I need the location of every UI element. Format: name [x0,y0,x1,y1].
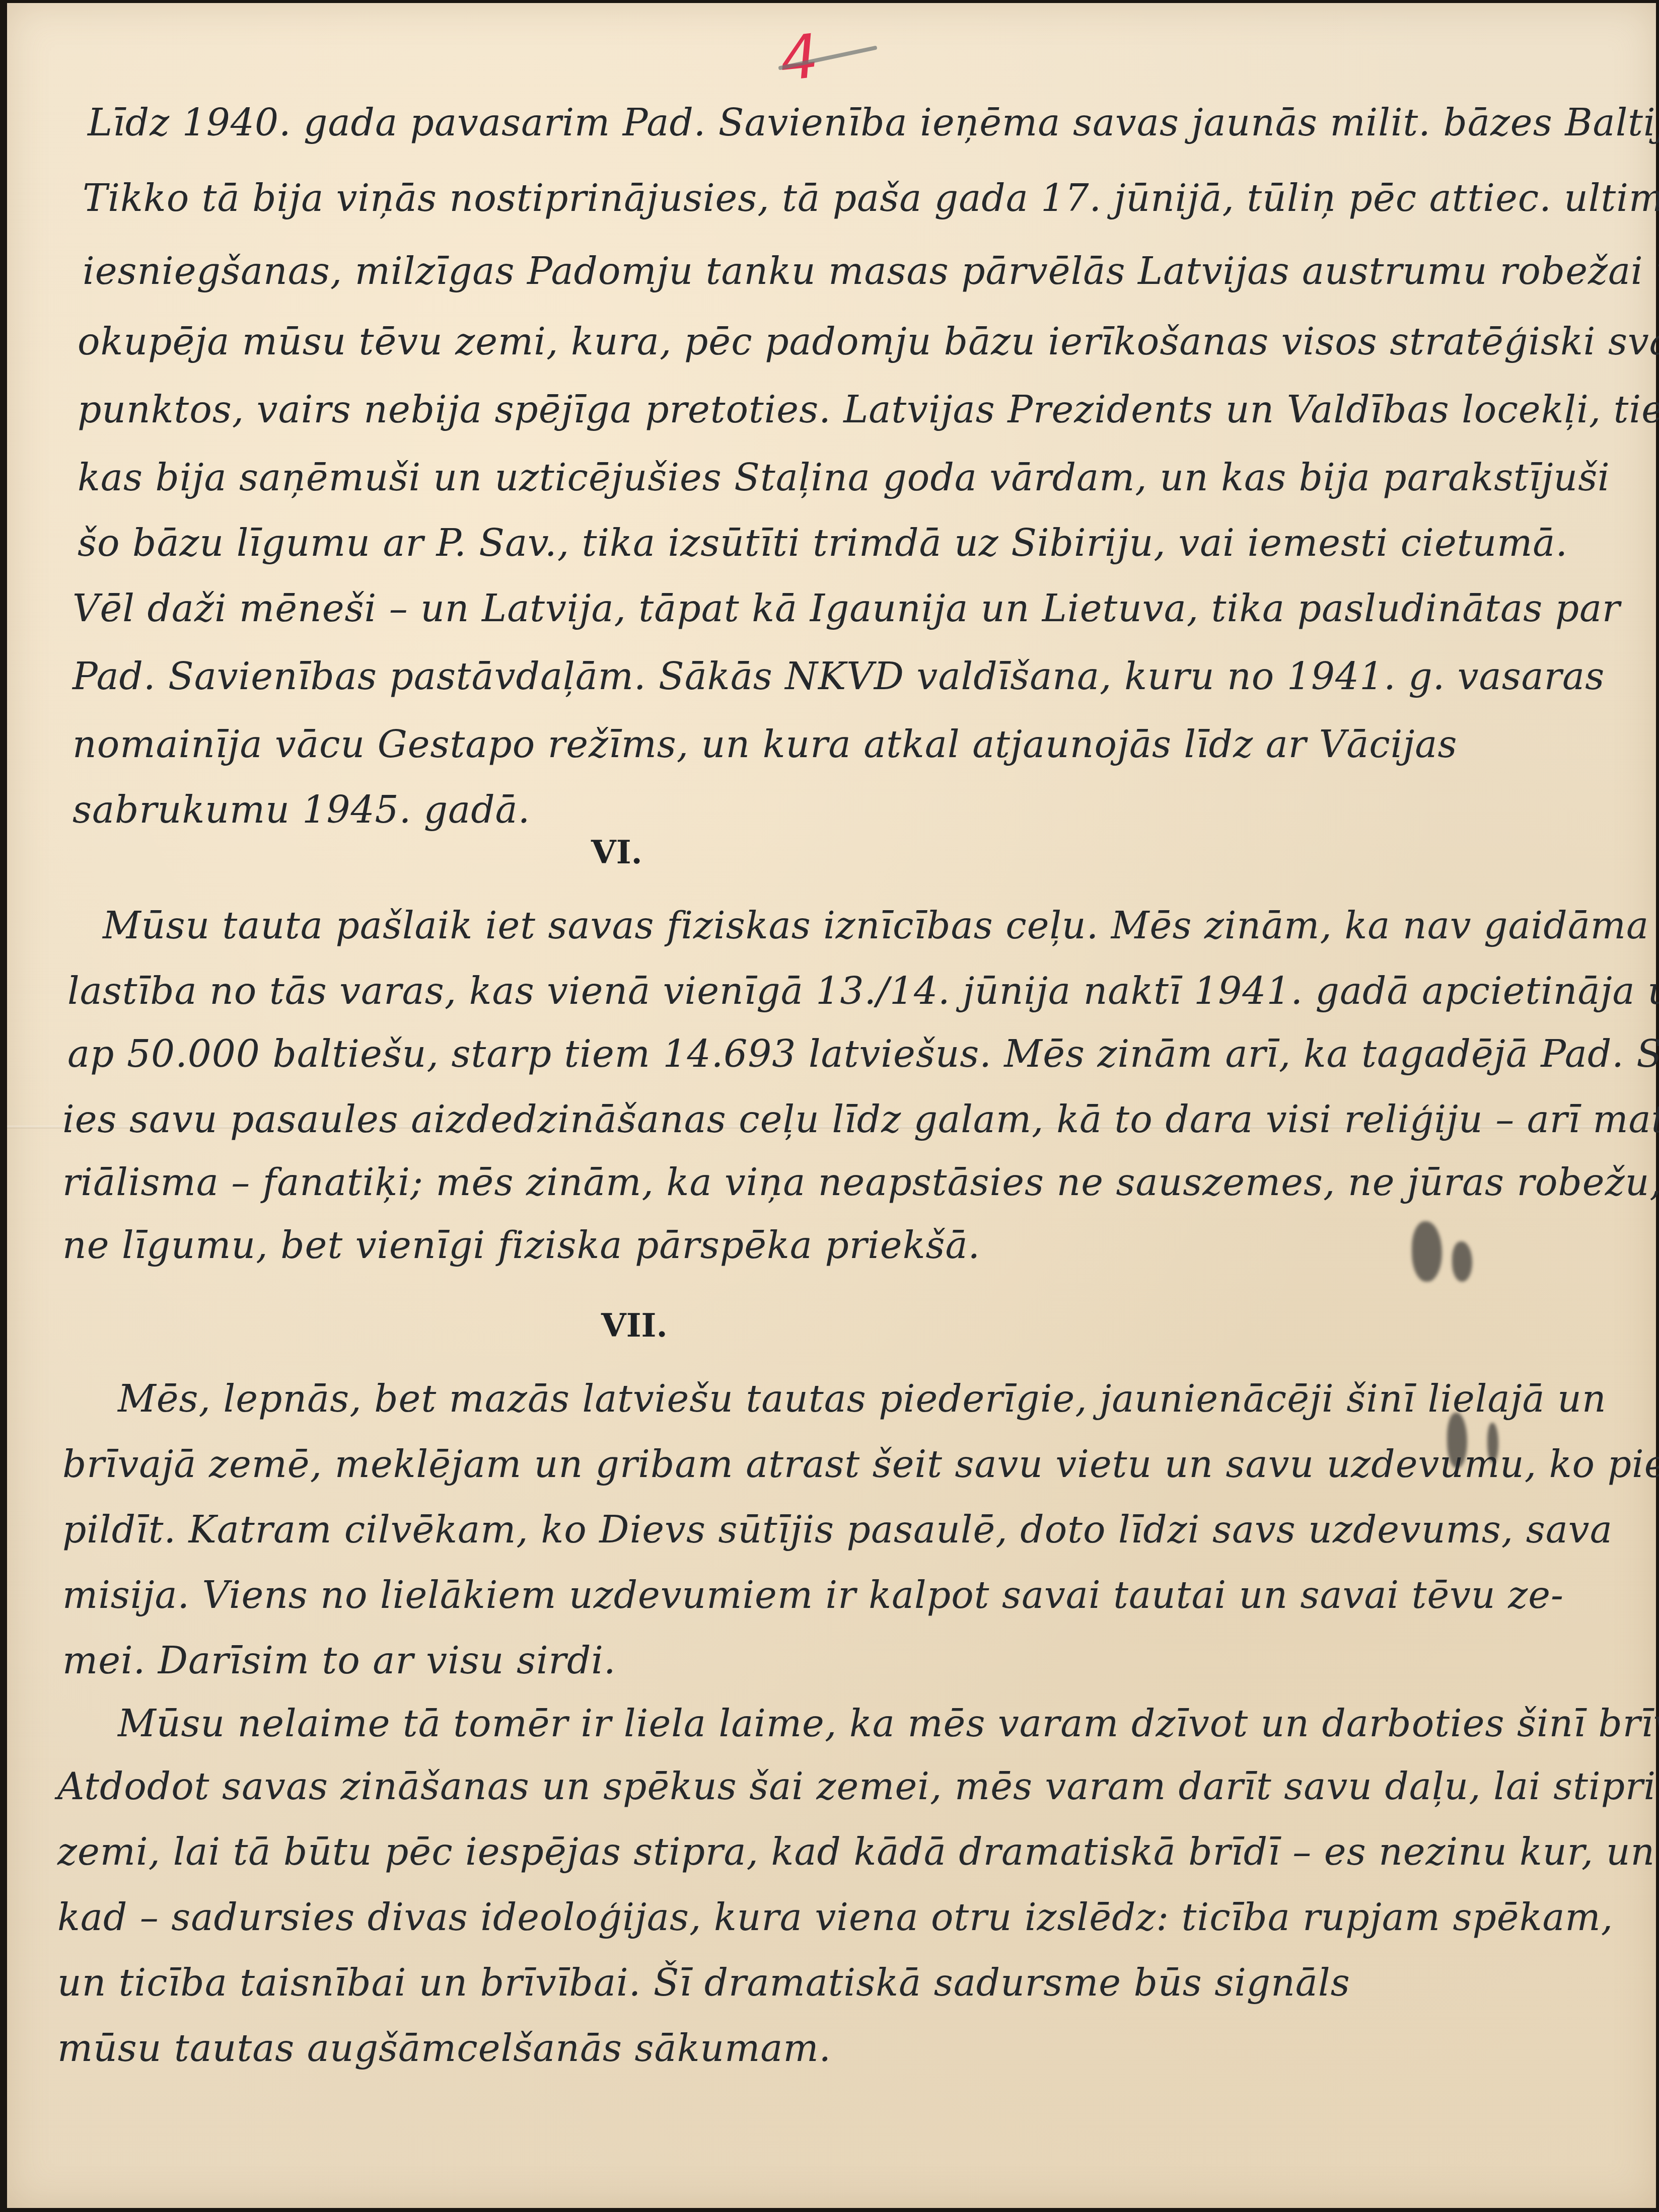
text-line: mūsu tautas augšāmcelšanās sākumam. [57,2027,831,2070]
text-line: un ticība taisnībai un brīvībai. Šī dram… [57,1961,1350,2005]
text-line: okupēja mūsu tēvu zemi, kura, pēc padomj… [78,320,1659,363]
text-line: nomainīja vācu Gestapo režīms, un kura a… [73,723,1457,766]
text-line: sabrukumu 1945. gadā. [73,788,530,832]
text-line: iesniegšanas, milzīgas Padomju tanku mas… [83,250,1659,293]
ink-smudge [1412,1221,1442,1282]
section-heading-vii: VII. [601,1307,668,1345]
section-heading-vi: VI. [591,834,642,871]
ink-smudge [1452,1241,1472,1282]
handwritten-document-page: 4 Līdz 1940. gada pavasarim Pad. Savienī… [7,3,1656,2208]
text-line: Mēs, lepnās, bet mazās latviešu tautas p… [118,1377,1607,1421]
text-line: mei. Darīsim to ar visu sirdi. [62,1639,616,1682]
text-line: ne līgumu, bet vienīgi fiziska pārspēka … [62,1224,980,1267]
text-line: lastība no tās varas, kas vienā vienīgā … [67,970,1659,1013]
text-line: riālisma – fanatiķi; mēs zinām, ka viņa … [62,1161,1659,1204]
text-line: punktos, vairs nebija spējīga pretoties.… [78,388,1659,431]
text-line: Mūsu tauta pašlaik iet savas fiziskas iz… [103,904,1659,947]
text-line: ies savu pasaules aizdedzināšanas ceļu l… [62,1098,1659,1141]
text-line: brīvajā zemē, meklējam un gribam atrast … [62,1443,1659,1486]
text-line: misija. Viens no lielākiem uzdevumiem ir… [62,1574,1564,1617]
text-line: zemi, lai tā būtu pēc iespējas stipra, k… [57,1830,1655,1874]
text-line: Vēl daži mēneši – un Latvija, tāpat kā I… [73,587,1621,630]
text-line: Pad. Savienības pastāvdaļām. Sākās NKVD … [73,655,1605,698]
text-line: ap 50.000 baltiešu, starp tiem 14.693 la… [67,1033,1659,1076]
text-line: Atdodot savas zināšanas un spēkus šai ze… [57,1765,1659,1808]
text-line: Tikko tā bija viņās nostiprinājusies, tā… [83,177,1659,220]
text-line: kas bija saņēmuši un uzticējušies Staļin… [78,456,1610,499]
text-line: pildīt. Katram cilvēkam, ko Dievs sūtīji… [62,1508,1613,1552]
text-line: šo bāzu līgumu ar P. Sav., tika izsūtīti… [78,522,1568,565]
text-line: Mūsu nelaime tā tomēr ir liela laime, ka… [118,1702,1659,1745]
text-line: kad – sadursies divas ideoloģijas, kura … [57,1896,1613,1939]
text-line: Līdz 1940. gada pavasarim Pad. Savienība… [88,101,1659,144]
